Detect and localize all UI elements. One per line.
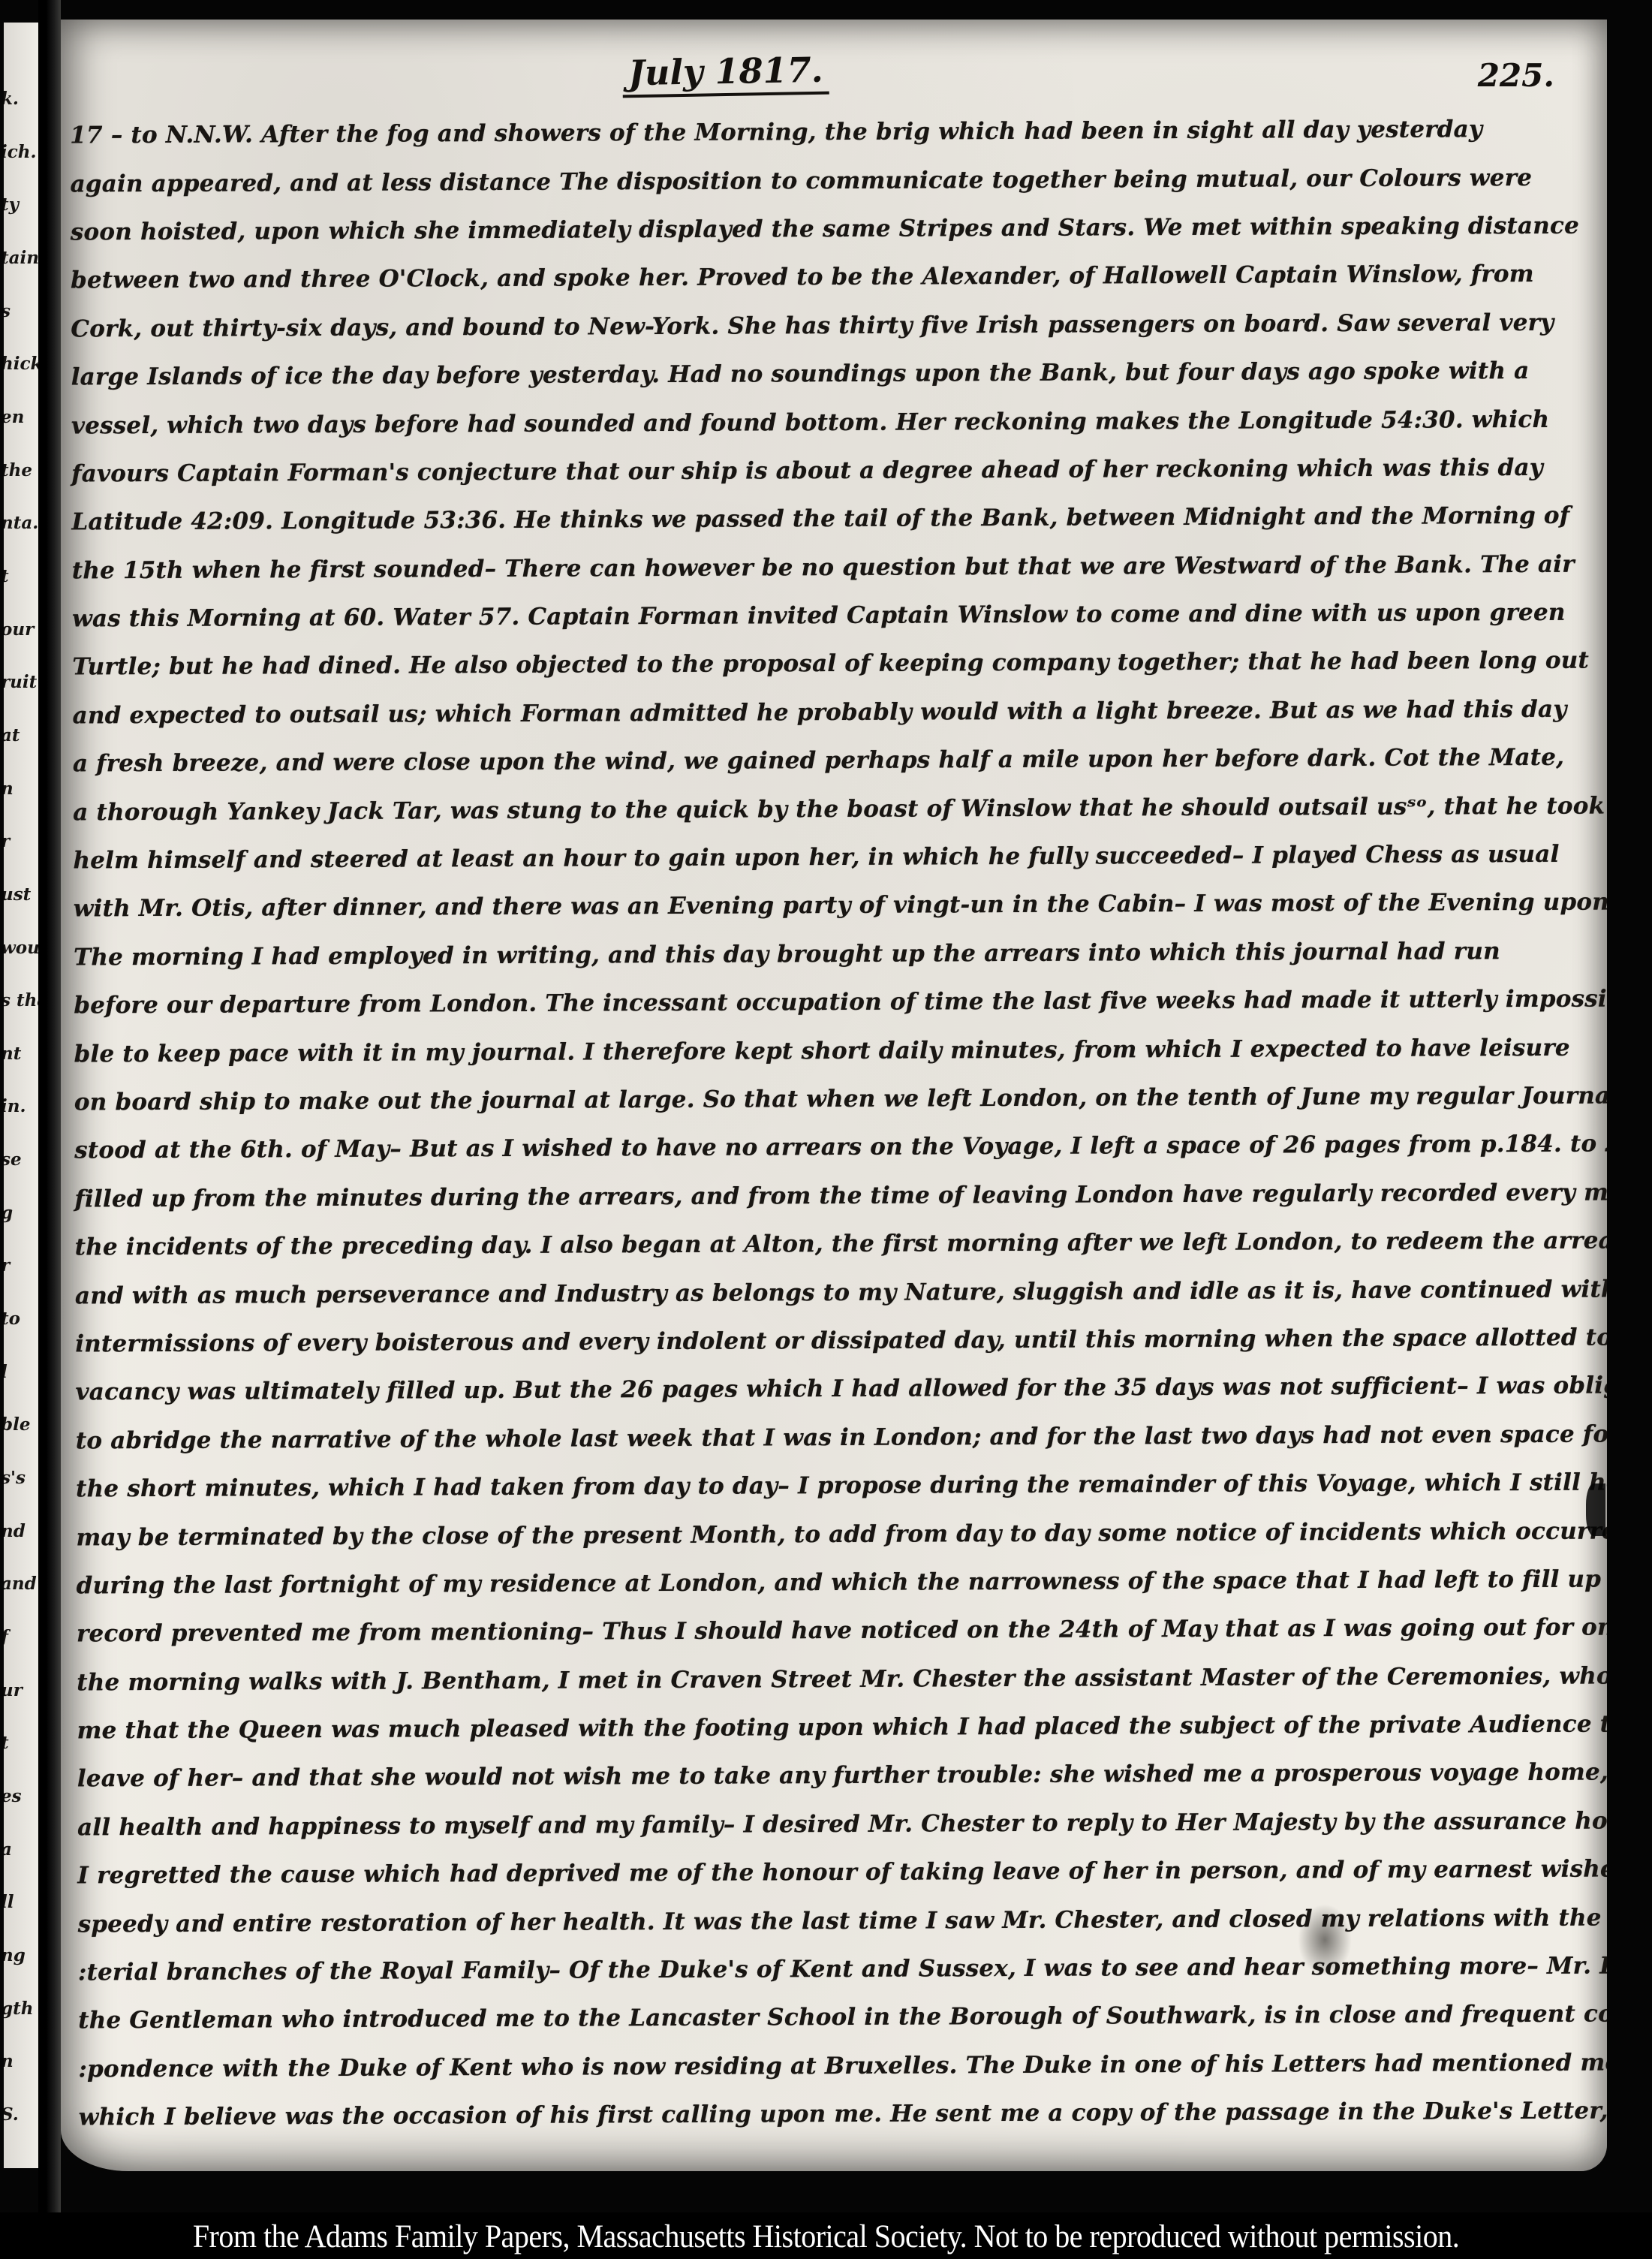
margin-fragment: ll [4, 1893, 38, 1911]
journal-line: which I believe was the occasion of his … [79, 2087, 1602, 2142]
journal-line: a fresh breeze, and were close upon the … [73, 733, 1596, 788]
margin-fragment: t [4, 568, 38, 585]
margin-fragment: k. [4, 90, 38, 107]
journal-line: leave of her– and that she would not wis… [77, 1748, 1601, 1803]
margin-fragment: hick [4, 355, 38, 372]
margin-fragment: l [4, 1363, 38, 1381]
journal-line: may be terminated by the close of the pr… [76, 1507, 1599, 1562]
journal-line: stood at the 6th. of May– But as I wishe… [74, 1120, 1598, 1175]
margin-fragment: s [4, 303, 38, 320]
margin-fragment: s that [4, 992, 38, 1009]
margin-fragment: tain [4, 249, 38, 267]
margin-fragment: gth [4, 2000, 38, 2017]
scanned-manuscript-screenshot: k.ich.tytainshickenthenta.tourruitatnrus… [0, 0, 1652, 2259]
margin-fragment: ust [4, 886, 38, 903]
journal-line: helm himself and steered at least an hou… [73, 830, 1596, 884]
journal-line: and with as much perseverance and Indust… [75, 1265, 1599, 1320]
journal-line: I regretted the cause which had deprived… [77, 1845, 1601, 1900]
margin-fragment: would [4, 939, 38, 956]
facing-page-margin-strip: k.ich.tytainshickenthenta.tourruitatnrus… [4, 23, 38, 2168]
journal-line: between two and three O'Clock, and spoke… [71, 250, 1594, 305]
journal-line: with Mr. Otis, after dinner, and there w… [74, 878, 1597, 933]
margin-fragment: the [4, 462, 38, 479]
margin-fragment: in. [4, 1098, 38, 1115]
page-title-date: July 1817. [622, 50, 829, 98]
margin-fragment: our [4, 621, 38, 638]
journal-line: :pondence with the Duke of Kent who is n… [78, 2038, 1602, 2093]
margin-fragment: to [4, 1310, 38, 1327]
journal-line: again appeared, and at less distance The… [70, 153, 1593, 208]
margin-fragment: r [4, 833, 38, 850]
margin-fragment: n [4, 2053, 38, 2070]
journal-line: the incidents of the preceding day. I al… [75, 1217, 1599, 1272]
journal-text-block: 17 – to N.N.W. After the fog and showers… [70, 105, 1602, 2142]
margin-fragment: ur [4, 1682, 38, 1699]
journal-line: to abridge the narrative of the whole la… [76, 1410, 1599, 1465]
journal-line: 17 – to N.N.W. After the fog and showers… [70, 105, 1593, 160]
margin-fragment: t [4, 1734, 38, 1751]
journal-line: large Islands of ice the day before yest… [71, 347, 1595, 402]
journal-line: Turtle; but he had dined. He also object… [72, 637, 1596, 691]
margin-fragment: se [4, 1151, 38, 1168]
margin-fragment: ty [4, 196, 38, 213]
margin-fragment: nd [4, 1523, 38, 1540]
margin-fragment: r [4, 1257, 38, 1274]
journal-line: me that the Queen was much pleased with … [77, 1700, 1600, 1754]
journal-line: during the last fortnight of my residenc… [77, 1555, 1600, 1610]
journal-line: filled up from the minutes during the ar… [74, 1168, 1598, 1223]
margin-fragment: es [4, 1788, 38, 1805]
journal-line: before our departure from London. The in… [74, 975, 1597, 1030]
journal-line: :terial branches of the Royal Family– Of… [78, 1941, 1602, 1996]
page-gutter-shadow [38, 0, 61, 2222]
ink-blot [1298, 1904, 1352, 1976]
journal-line: ble to keep pace with it in my journal. … [74, 1023, 1597, 1078]
manuscript-page: July 1817. 225. 17 – to N.N.W. After the… [61, 20, 1607, 2171]
margin-fragment: ng [4, 1947, 38, 1964]
margin-fragment: n [4, 780, 38, 797]
margin-fragment: ich. [4, 143, 38, 161]
ink-smudge [1586, 1483, 1605, 1536]
margin-fragment: S. [4, 2106, 38, 2123]
margin-fragment: s's [4, 1469, 38, 1486]
journal-line: the morning walks with J. Bentham, I met… [77, 1652, 1600, 1706]
margin-fragment: nt [4, 1045, 38, 1062]
archive-caption-text: From the Adams Family Papers, Massachuse… [193, 2217, 1459, 2255]
journal-line: intermissions of every boisterous and ev… [75, 1313, 1599, 1368]
journal-line: the Gentleman who introduced me to the L… [78, 1990, 1602, 2045]
margin-fragment: nta. [4, 514, 38, 532]
margin-fragment: at [4, 727, 38, 744]
journal-line: soon hoisted, upon which she immediately… [71, 201, 1594, 256]
margin-fragment: and [4, 1575, 38, 1592]
margin-fragment: g [4, 1204, 38, 1221]
journal-line: on board ship to make out the journal at… [74, 1071, 1598, 1126]
journal-line: record prevented me from mentioning– Thu… [77, 1604, 1600, 1658]
journal-line: Latitude 42:09. Longitude 53:36. He thin… [71, 492, 1595, 547]
journal-line: the 15th when he first sounded– There ca… [72, 540, 1596, 595]
journal-line: a thorough Yankey Jack Tar, was stung to… [73, 782, 1596, 836]
journal-line: Cork, out thirty-six days, and bound to … [71, 298, 1594, 353]
journal-line: was this Morning at 60. Water 57. Captai… [72, 588, 1596, 643]
journal-line: The morning I had employed in writing, a… [74, 926, 1597, 981]
journal-line: favours Captain Forman's conjecture that… [71, 443, 1595, 498]
journal-line: vacancy was ultimately filled up. But th… [75, 1362, 1599, 1417]
journal-line: the short minutes, which I had taken fro… [76, 1459, 1599, 1514]
journal-line: all health and happiness to myself and m… [77, 1797, 1601, 1851]
margin-fragment: f [4, 1628, 38, 1646]
margin-fragment: a [4, 1841, 38, 1858]
margin-fragment: ble [4, 1416, 38, 1433]
archive-caption-bar: From the Adams Family Papers, Massachuse… [0, 2212, 1652, 2259]
margin-fragment: ruit [4, 673, 38, 691]
journal-line: and expected to outsail us; which Forman… [72, 685, 1596, 739]
journal-line: speedy and entire restoration of her hea… [78, 1893, 1602, 1948]
margin-fragment: en [4, 408, 38, 426]
page-number: 225. [1478, 57, 1554, 94]
journal-line: vessel, which two days before had sounde… [71, 395, 1595, 450]
